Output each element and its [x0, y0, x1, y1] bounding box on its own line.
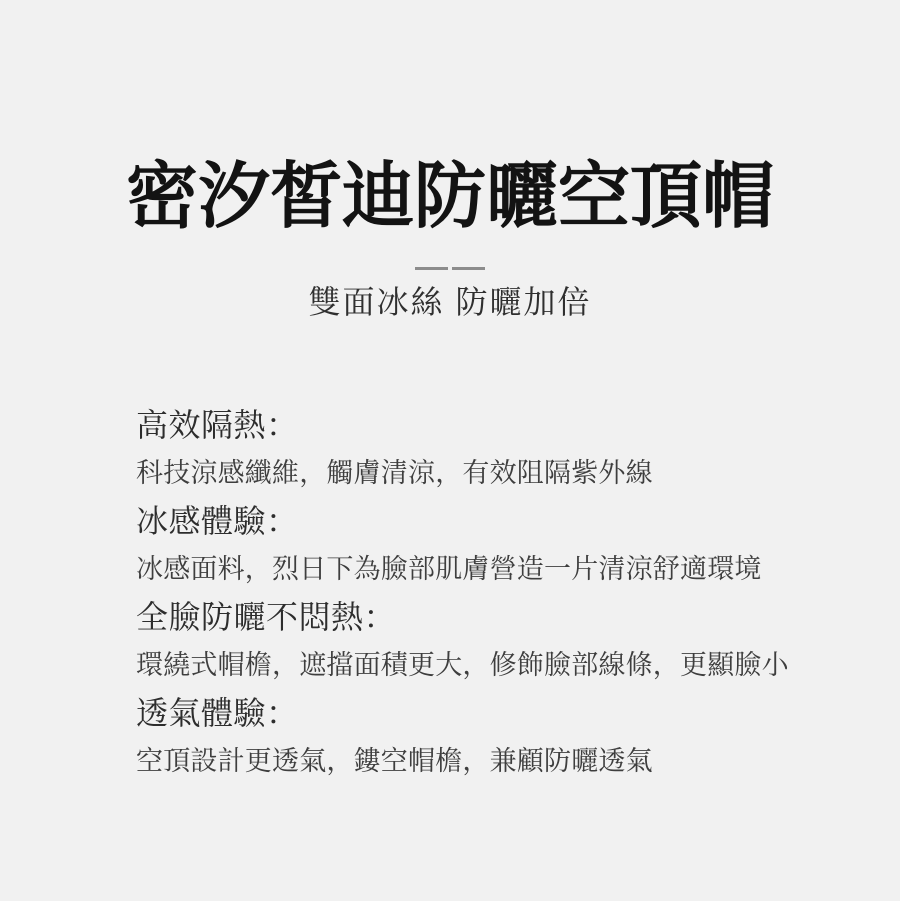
product-title: 密汐皙迪防曬空頂帽 [0, 161, 900, 233]
feature-item-full-face-protection: 全臉防曬不悶熱： 環繞式帽檐，遮擋面積更大，修飾臉部線條，更顯臉小 [136, 593, 840, 689]
product-subtitle: 雙面冰絲 防曬加倍 [0, 281, 900, 323]
feature-body: 科技涼感纖維，觸膚清涼，有效阻隔紫外線 [136, 449, 840, 497]
feature-body: 空頂設計更透氣，鏤空帽檐，兼顧防曬透氣 [136, 737, 840, 785]
feature-item-cool-feel: 冰感體驗： 冰感面料，烈日下為臉部肌膚營造一片清涼舒適環境 [136, 497, 840, 593]
title-divider [0, 267, 900, 270]
feature-body: 環繞式帽檐，遮擋面積更大，修飾臉部線條，更顯臉小 [136, 641, 840, 689]
feature-list: 高效隔熱： 科技涼感纖維，觸膚清涼，有效阻隔紫外線 冰感體驗： 冰感面料，烈日下… [136, 401, 840, 785]
feature-body: 冰感面料，烈日下為臉部肌膚營造一片清涼舒適環境 [136, 545, 840, 593]
divider-dash-right [452, 267, 485, 270]
feature-heading: 全臉防曬不悶熱： [136, 593, 840, 641]
feature-item-breathability: 透氣體驗： 空頂設計更透氣，鏤空帽檐，兼顧防曬透氣 [136, 689, 840, 785]
feature-heading: 高效隔熱： [136, 401, 840, 449]
feature-item-heat-insulation: 高效隔熱： 科技涼感纖維，觸膚清涼，有效阻隔紫外線 [136, 401, 840, 497]
product-description-page: 密汐皙迪防曬空頂帽 雙面冰絲 防曬加倍 高效隔熱： 科技涼感纖維，觸膚清涼，有效… [0, 0, 900, 901]
divider-dash-left [415, 267, 448, 270]
feature-heading: 冰感體驗： [136, 497, 840, 545]
feature-heading: 透氣體驗： [136, 689, 840, 737]
